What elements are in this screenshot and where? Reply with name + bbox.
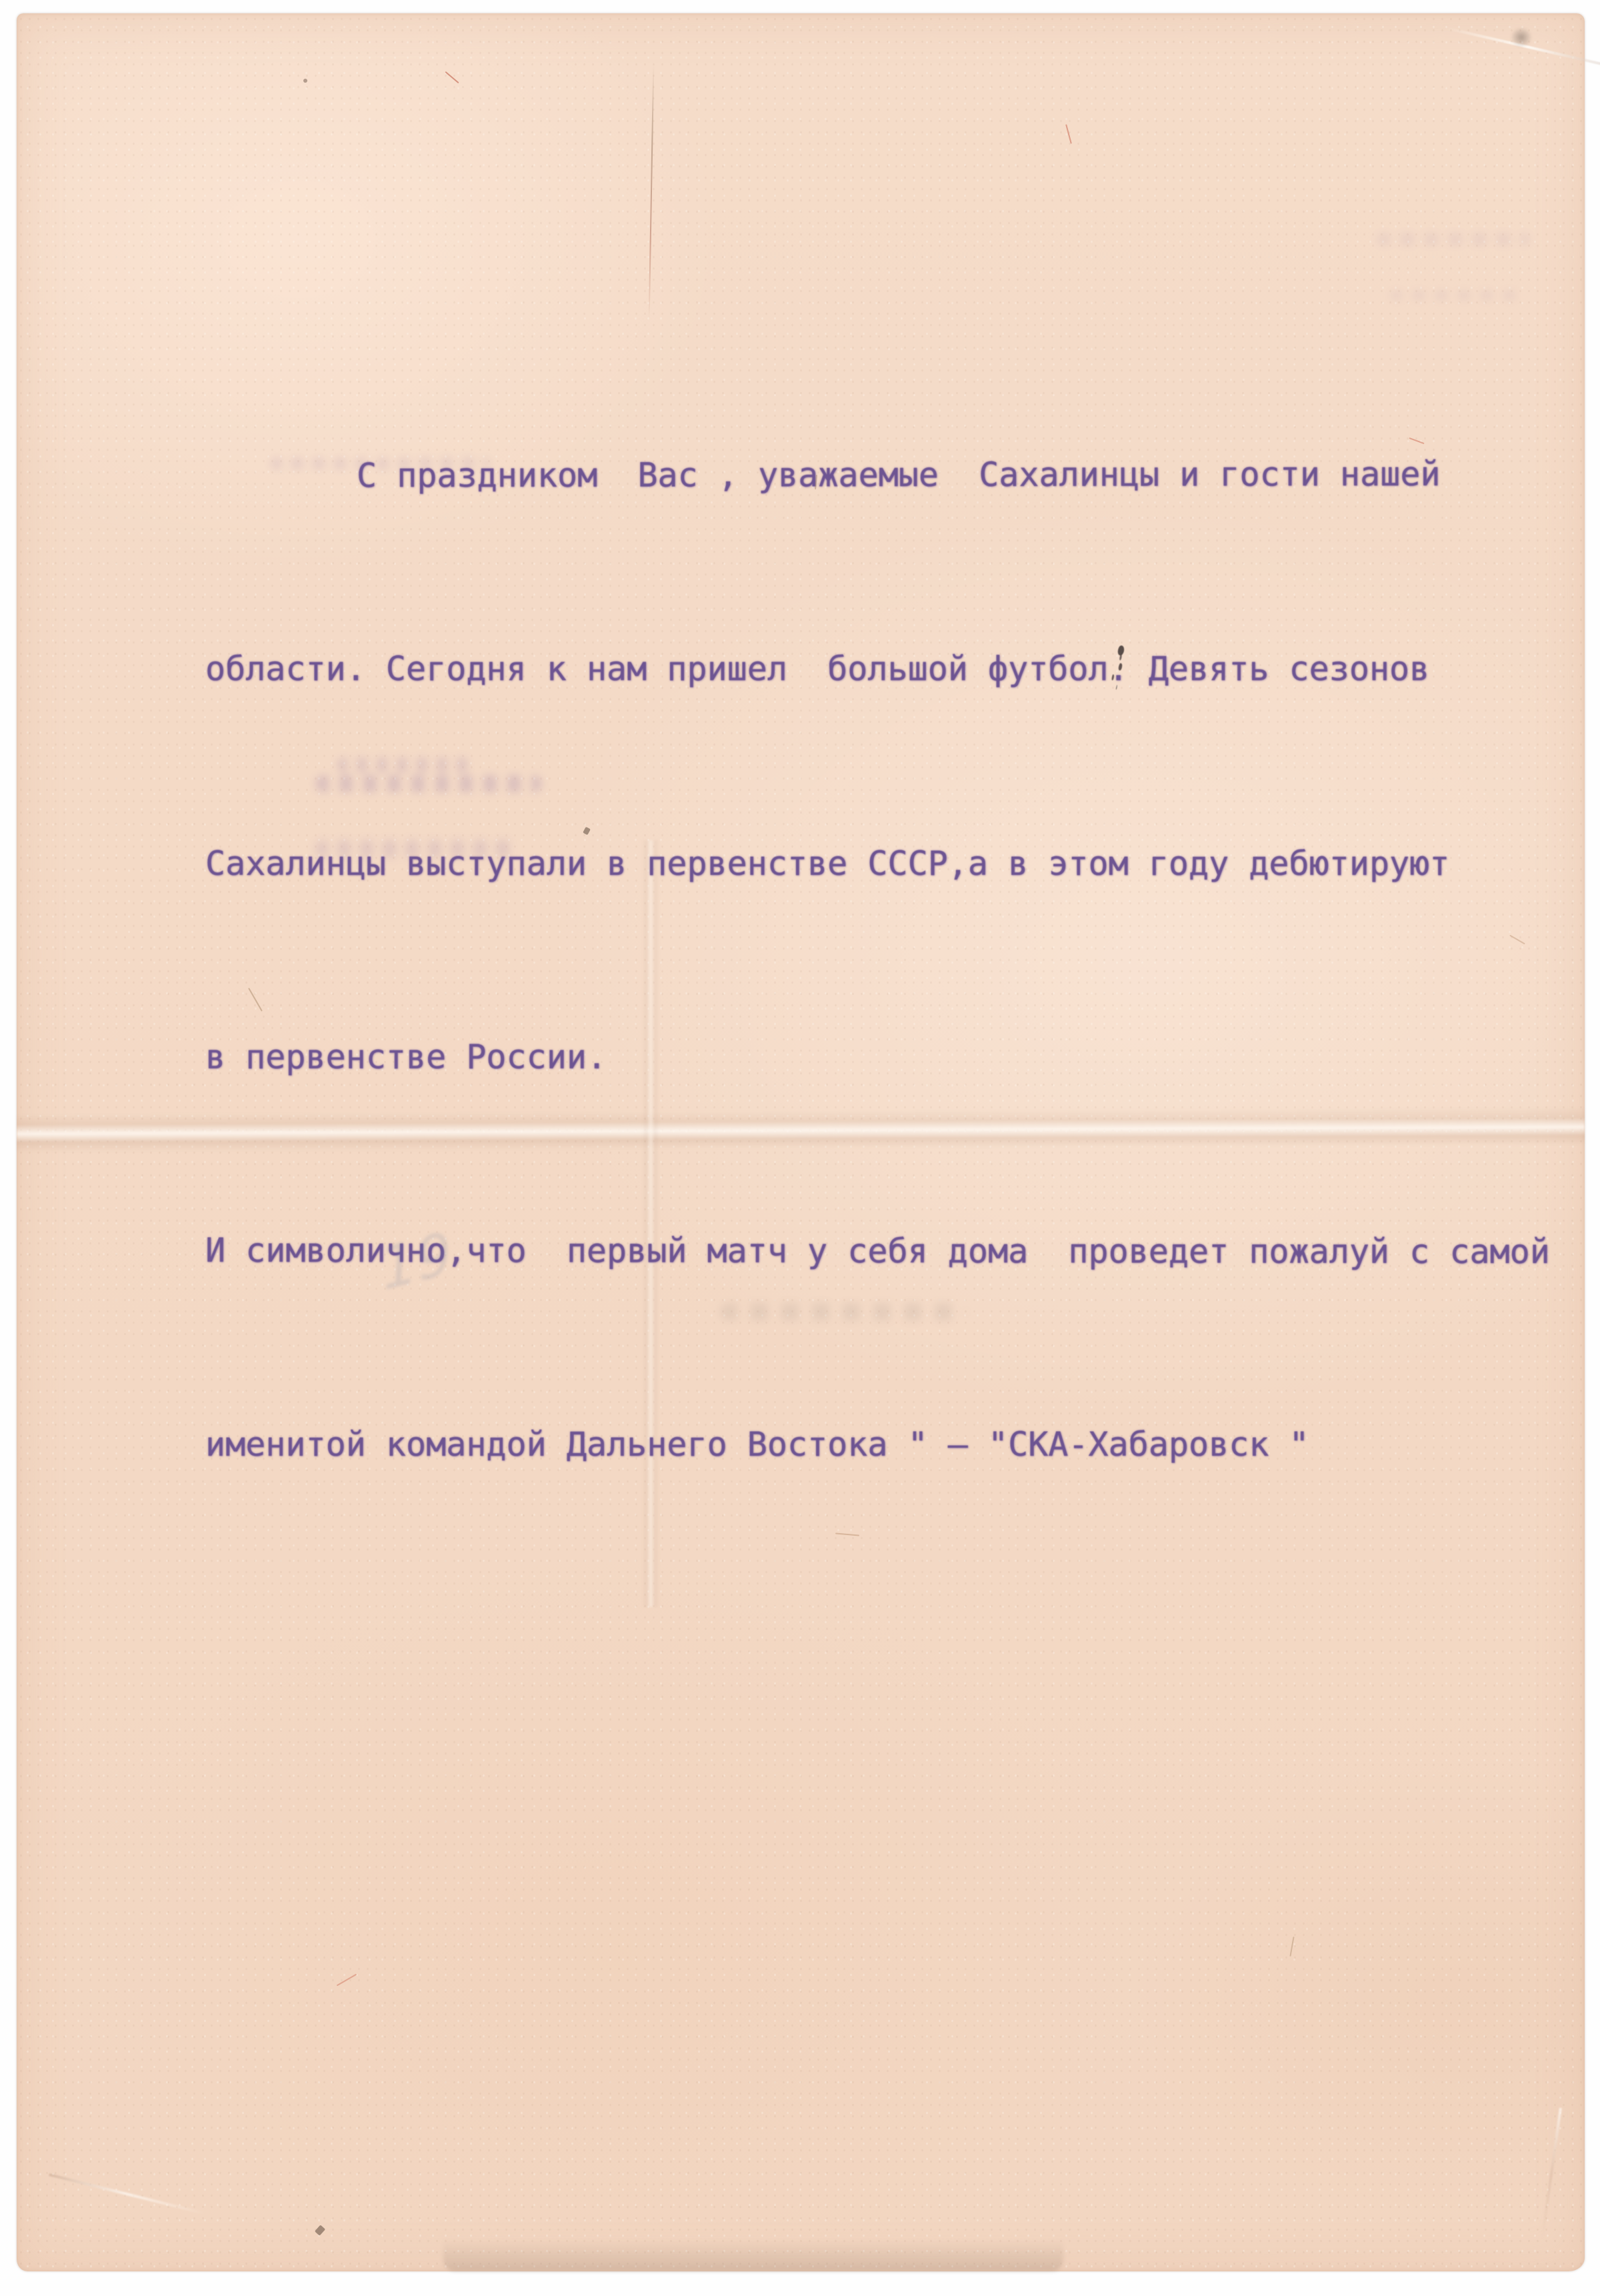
typewritten-line-4: в первенстве России. <box>205 1025 1550 1090</box>
typewritten-line-2: области. Сегодня к нам пришел большой фу… <box>205 637 1550 702</box>
ink-bleed-ghost-row <box>315 775 542 792</box>
ink-bleed-ghost-row <box>270 457 490 469</box>
ink-bleed-ghost-row <box>1377 233 1530 245</box>
ink-bleed-ghost-row <box>720 1303 967 1320</box>
typewritten-line-1: С праздником Вас , уважаемые Сахалинцы и… <box>205 442 1550 509</box>
ink-bleed-ghost-row <box>1390 290 1523 301</box>
top-right-smudge <box>1510 27 1533 48</box>
bottom-edge-smudge <box>443 2239 1063 2271</box>
typewritten-line-6: именитой командой Дальнего Востока " — "… <box>205 1412 1550 1477</box>
typewritten-text-block: С праздником Вас , уважаемые Сахалинцы и… <box>205 313 1550 1607</box>
ink-bleed-ghost-row <box>337 758 470 772</box>
paper-sheet: С праздником Вас , уважаемые Сахалинцы и… <box>17 13 1585 2271</box>
paper-speck <box>303 79 307 83</box>
ink-bleed-ghost-row <box>315 840 515 858</box>
